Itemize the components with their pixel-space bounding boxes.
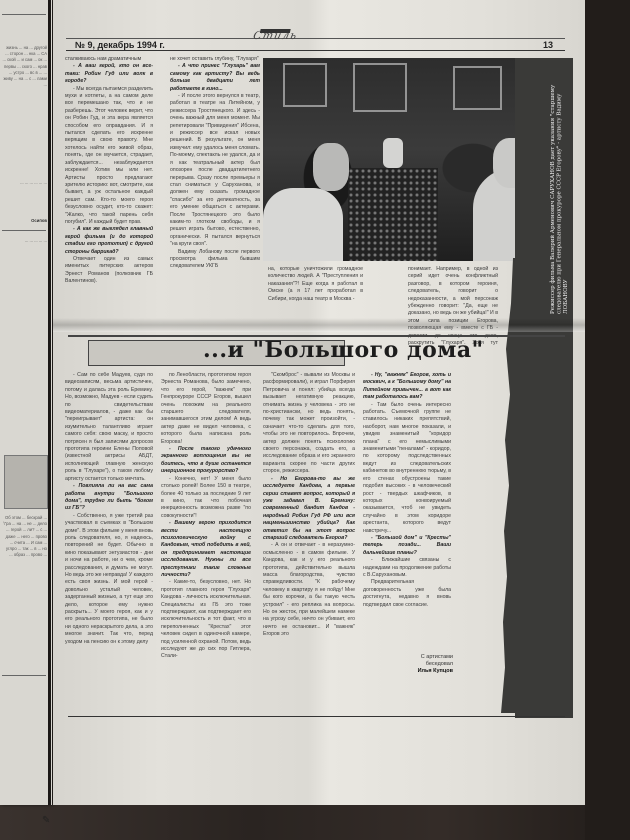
interview-answer: - Ближайшие связаны с надеждами на продо… xyxy=(363,557,451,579)
lower-column-3: "Скомброс" - вывали из Москвы и расформи… xyxy=(263,372,355,717)
bottom-rule xyxy=(68,716,565,717)
table-edge xyxy=(585,0,630,840)
upper-column-4: понимает. Например, в одной из серий иде… xyxy=(408,266,498,346)
interview-answer: - Там было очень интересно работать. Съе… xyxy=(363,402,451,535)
article-headline: ...и "Большого дома" xyxy=(203,337,484,363)
signature-line: беседовал xyxy=(373,661,453,668)
interview-question: - После такого удачного экранного воплощ… xyxy=(161,446,251,476)
left-page-box xyxy=(4,455,48,509)
background-window xyxy=(453,66,502,110)
signature-line: С артистами xyxy=(373,654,453,661)
left-page-text-fragment: жизнь ... на ... другой ... сторон ... н… xyxy=(2,45,47,165)
upper-column-2: не хочет оставить глубину, "Глухаря" - А… xyxy=(170,56,260,326)
upper-column-1: сталкиваюсь нам драматичным - А ваш геро… xyxy=(65,56,153,296)
person-left-coat xyxy=(263,188,343,261)
upper-column-3: на, которые уничтожили громадное количес… xyxy=(268,266,363,308)
person-left-face xyxy=(313,143,349,191)
interview-question: - А ваш герой, кто он все-таки: Робин Гу… xyxy=(65,63,153,85)
left-page-rule xyxy=(2,14,46,15)
interview-answer: - Сам по себе Мадуев, судя по видеозапис… xyxy=(65,372,153,483)
text-block: на, которые уничтожили громадное количес… xyxy=(268,266,363,303)
interview-answer: по Ленобласти, прототипом героя Эрнеста … xyxy=(161,372,251,446)
lower-column-4: - Ну, "важняк" Егоров, хоть и москвич, а… xyxy=(363,372,451,692)
interview-question: - Ну, "важняк" Егоров, хоть и москвич, а… xyxy=(363,372,451,402)
newspaper-page: Стиль № 9, декабрь 1994 г. 13 сталкиваюс… xyxy=(53,0,585,805)
interview-answer: - Конечно, нет! У меня было столько роле… xyxy=(161,476,251,520)
raised-hand xyxy=(383,138,403,168)
left-page-author: Осипов xyxy=(2,218,47,226)
left-page-text-fragment: ... ... ... ... ... xyxy=(2,238,47,278)
handwritten-mark: ✎ xyxy=(42,815,50,826)
interview-question: - "Большой дом" и "Кресты" теперь позади… xyxy=(363,535,451,557)
photo-caption: Режиссер фильма Валерий Арменович САРУХА… xyxy=(550,64,568,314)
interview-answer: Вадиму Лобанову после первого просмотра … xyxy=(170,249,260,271)
left-newspaper-page: жизнь ... на ... другой ... сторон ... н… xyxy=(0,0,52,805)
interview-answer: - И после этого вернулся в театр, работа… xyxy=(170,93,260,249)
lower-column-1: - Сам по себе Мадуев, судя по видеозапис… xyxy=(65,372,153,712)
interview-question: - Вашему герою приходится вести настоящу… xyxy=(161,520,251,579)
interview-question: - Но Егорова-то вы же исследуете Кандова… xyxy=(263,476,355,543)
author-name: Илья Купцов xyxy=(373,668,453,675)
interview-question: - А как же выглядел главный герой фильма… xyxy=(65,226,153,256)
text-block: не хочет оставить глубину, "Глухаря" xyxy=(170,56,260,63)
interview-question: - А что принес "Глухарь" вам самому как … xyxy=(170,63,260,93)
text-block: понимает. Например, в одной из серий иде… xyxy=(408,266,498,346)
header-rule xyxy=(66,50,565,51)
interview-answer: - А он и отвечает - в неразумно-осмыслен… xyxy=(263,542,355,638)
article-signature: С артистами беседовал Илья Купцов xyxy=(373,654,453,675)
interview-question: - Повлияла ли на вас сама работа внутри … xyxy=(65,483,153,513)
interview-answer: "Скомброс" - вывали из Москвы и расформи… xyxy=(263,372,355,476)
interview-answer: Предварительная договоренность уже была … xyxy=(363,579,451,609)
flower-bouquet xyxy=(348,168,438,261)
left-page-rule xyxy=(2,675,46,676)
left-page-rule xyxy=(2,230,46,231)
interview-answer: - Мы всегда пытаемся разделить мухи и ко… xyxy=(65,86,153,227)
page-binding-edge xyxy=(48,0,51,805)
interview-answer: - Собственно, я уже третий раз участвова… xyxy=(65,513,153,646)
left-page-text-fragment: Об этом ... бескрай ... \"ра ... на ... … xyxy=(2,515,47,675)
background-window xyxy=(283,63,327,107)
lower-column-2: по Ленобласти, прототипом героя Эрнеста … xyxy=(161,372,251,712)
masthead-logo: Стиль xyxy=(251,29,320,45)
page-number: 13 xyxy=(543,40,553,50)
background-window xyxy=(353,63,407,112)
interview-answer: Отвечает один из самых именитых питерски… xyxy=(65,256,153,286)
left-page-text-fragment: ... ... ... ... ... ... xyxy=(2,180,47,210)
issue-date: № 9, декабрь 1994 г. xyxy=(75,40,165,50)
interview-answer: - Какие-то, безусловно, нет. Но прототип… xyxy=(161,579,251,660)
torn-edge-graphic xyxy=(501,258,521,713)
